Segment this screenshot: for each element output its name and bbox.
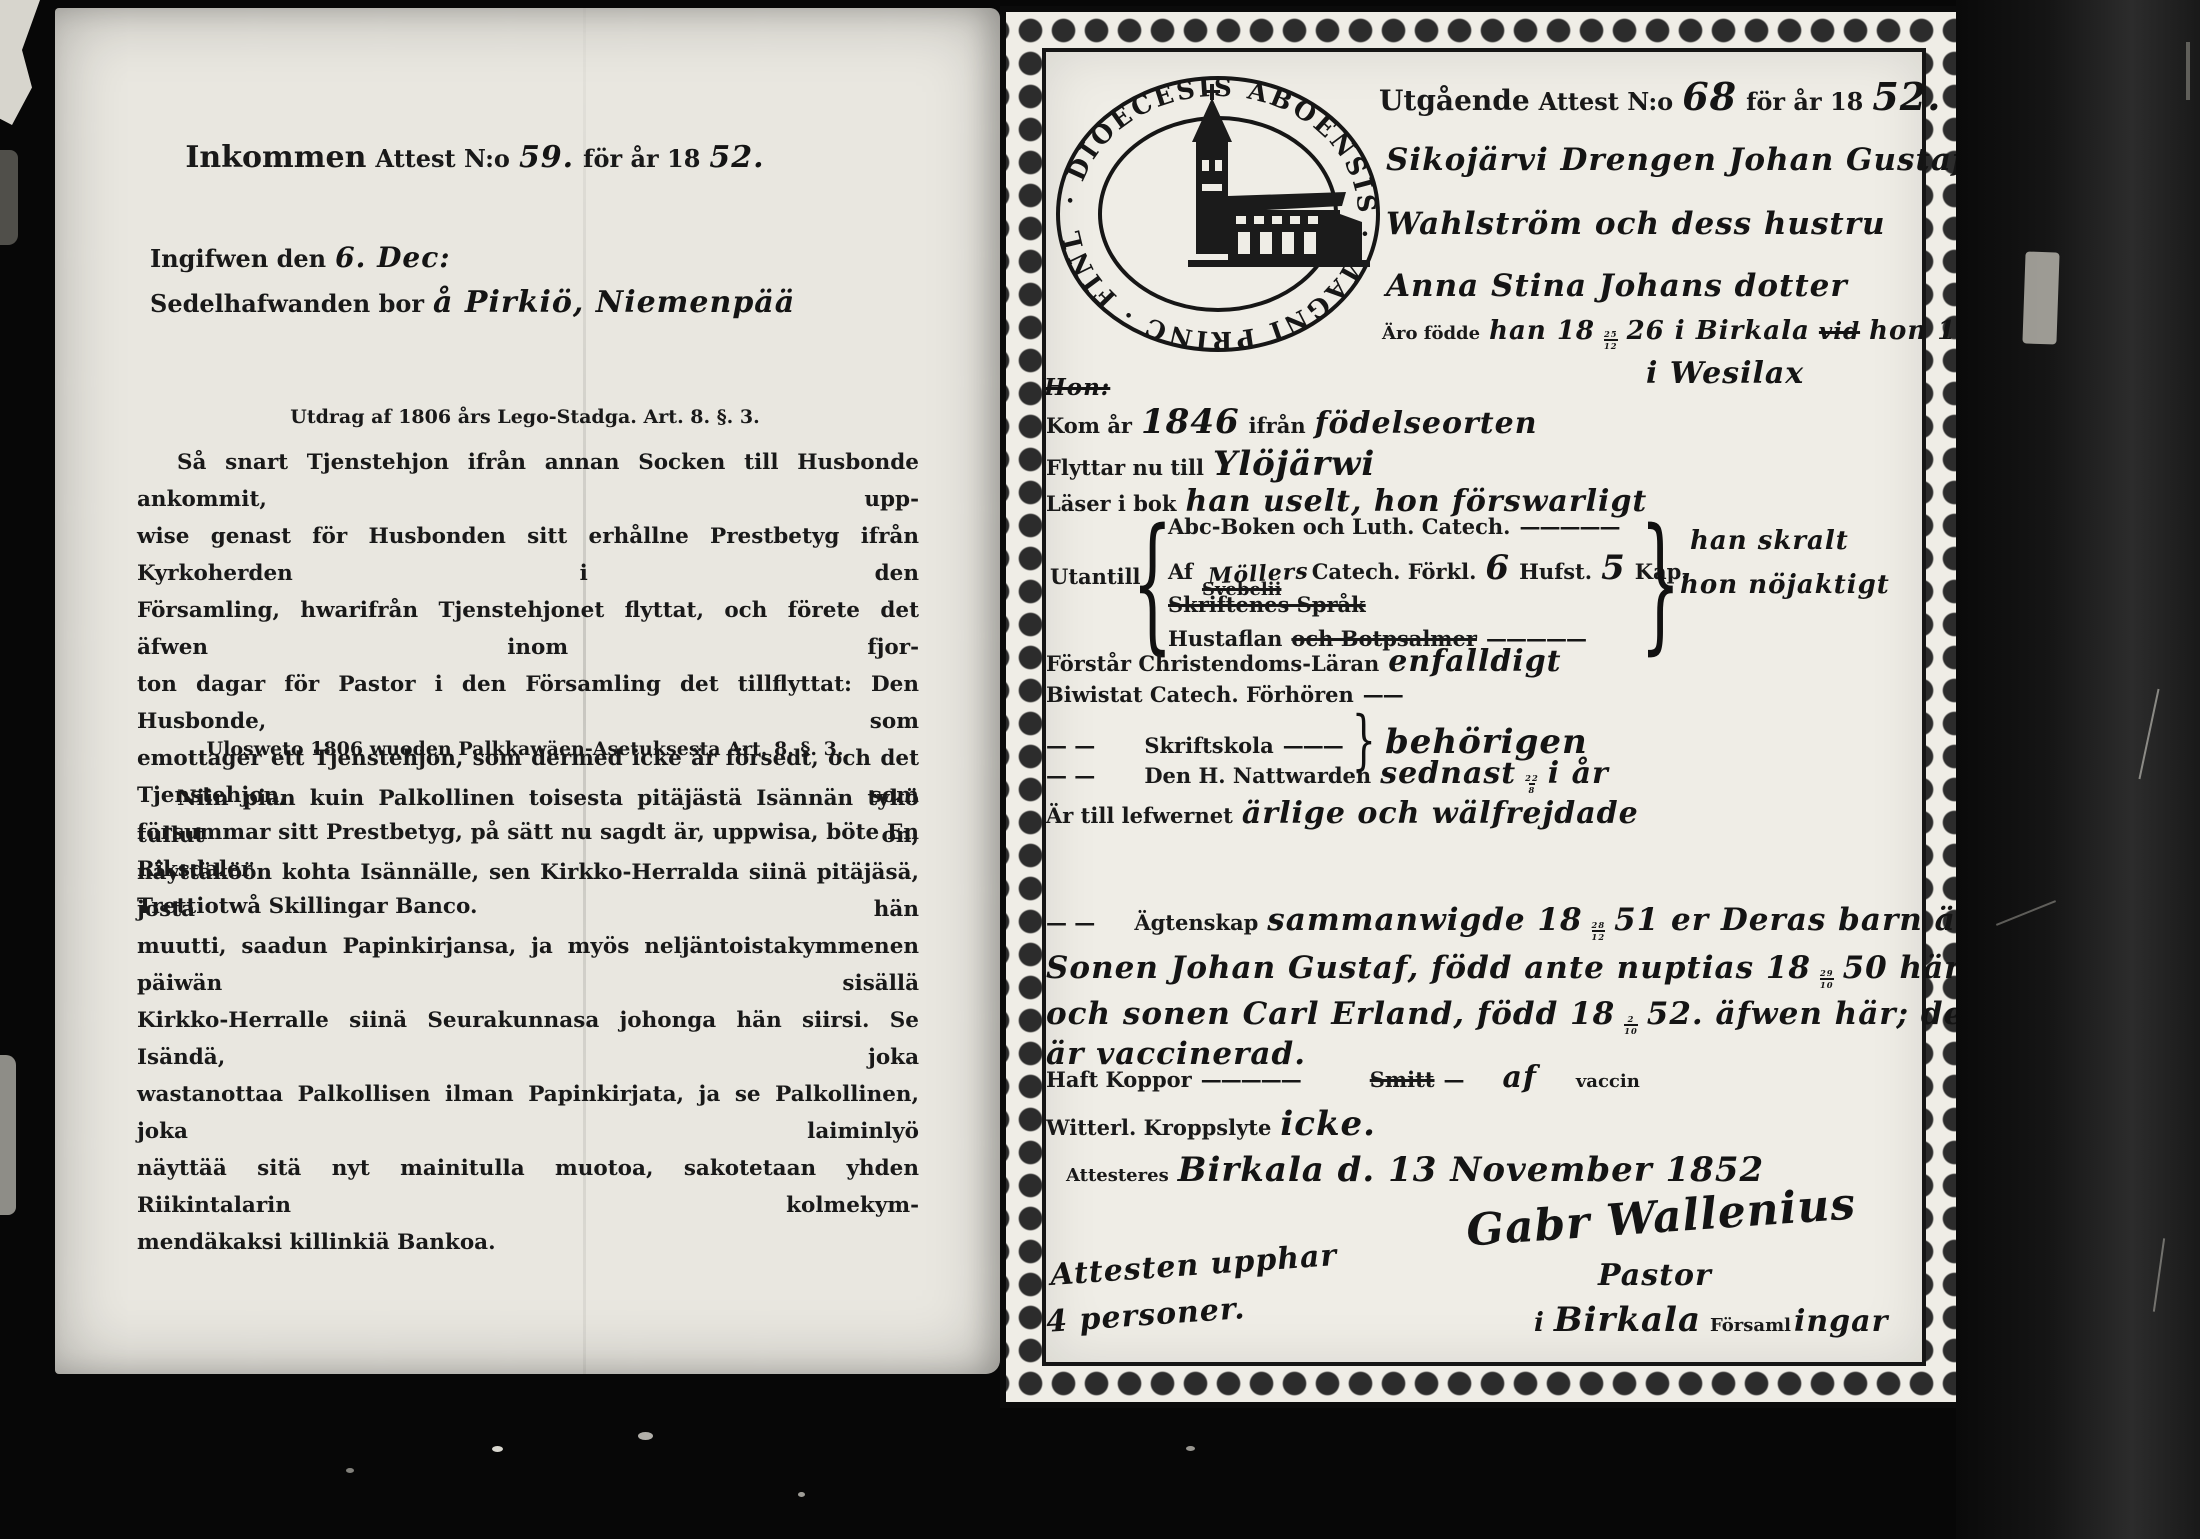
signature-parish: i Birkala Församl ingar	[1534, 1300, 1888, 1340]
left-page: Inkommen Attest N:o 59. för år 18 52. In…	[55, 8, 1000, 1374]
title-word: Attest N:o	[375, 144, 510, 173]
handwritten-number: 5	[1601, 548, 1626, 588]
incoming-attest-title: Inkommen Attest N:o 59. för år 18 52.	[185, 140, 765, 175]
seal-graphic: · DIOECESIS ABOENSIS · MAGNI PRINC · FIN…	[1046, 64, 1391, 364]
attest-year-handwritten: 52.	[709, 140, 764, 175]
field-label: Ingifwen den	[150, 244, 326, 273]
handwritten-value: ärlige och wälfrejdade	[1242, 796, 1639, 831]
field-forstar: Förstår Christendoms-Läran enfalldigt	[1046, 644, 1562, 679]
date-fraction: 2 10	[1624, 1015, 1638, 1035]
handwritten-value: 1846	[1141, 402, 1240, 442]
handwritten-note: han skralt	[1690, 526, 1849, 556]
field-label: Äro födde	[1382, 323, 1480, 344]
field-label: Den H. Nattwarden	[1144, 763, 1371, 788]
date-fraction: 25 12	[1604, 330, 1618, 350]
children-line: Sonen Johan Gustaf, född ante nuptias 18…	[1046, 950, 1971, 991]
scan-background-right	[1956, 0, 2200, 1539]
handwritten-value: sednast	[1380, 756, 1516, 791]
paragraph-line: Kirkko-Herralle siinä Seurakunnasa johon…	[137, 1002, 919, 1076]
dust-speck	[798, 1492, 805, 1497]
attest-number-handwritten: 59.	[519, 140, 574, 175]
certificate-inner: · DIOECESIS ABOENSIS · MAGNI PRINC · FIN…	[1042, 48, 1926, 1366]
field-label: vaccin	[1576, 1071, 1640, 1092]
fraction-numerator: 25	[1604, 330, 1618, 339]
fraction-denominator: 10	[1820, 978, 1834, 990]
field-label: Haft Koppor	[1046, 1067, 1192, 1092]
handwritten-value: icke.	[1280, 1104, 1376, 1144]
person-count-note: 4 personer.	[1045, 1291, 1246, 1340]
field-utantill-label: Utantill	[1050, 564, 1141, 589]
handwritten-value: i	[1534, 1308, 1545, 1338]
handwritten-value: Ylöjärwi	[1213, 444, 1375, 484]
handwritten-value: Sonen Johan Gustaf, född ante nuptias 18	[1046, 950, 1811, 986]
fill-dash: ———	[1283, 733, 1343, 758]
fill-dash: —	[1444, 1067, 1464, 1092]
brace-right: }	[1640, 500, 1681, 670]
fraction-denominator: 10	[1624, 1024, 1638, 1036]
printed-word: Församl	[1710, 1315, 1791, 1336]
scanned-document: Inkommen Attest N:o 59. för år 18 52. In…	[0, 0, 2200, 1539]
handwritten-value: 51 er Deras barn äro:	[1614, 902, 2007, 938]
field-label: Biwistat Catech. Förhören	[1046, 682, 1354, 707]
printed-struck: Skriftenes Språk	[1168, 592, 1366, 617]
field-kroppslyte: Witterl. Kroppslyte icke.	[1046, 1104, 1376, 1144]
handwritten-value: Birkala	[1554, 1300, 1701, 1340]
printed-struck: Smitt	[1370, 1067, 1435, 1092]
handwritten-value: och sonen Carl Erland, född 18	[1046, 996, 1615, 1032]
attest-year-handwritten: 52.	[1872, 74, 1941, 119]
person-name-line: Wahlström och dess hustru	[1386, 206, 1886, 242]
handwritten-struck: vid	[1819, 318, 1860, 345]
handwritten-value: sammanwigde 18	[1267, 902, 1582, 938]
person-name-line: Anna Stina Johans dotter	[1386, 268, 1848, 304]
paragraph-line: Församling, hwarifrån Tjenstehjonet flyt…	[137, 592, 919, 666]
handwritten-value: ingar	[1794, 1304, 1888, 1339]
fraction-denominator: 8	[1529, 783, 1536, 795]
date-fraction: 28 12	[1592, 921, 1606, 941]
field-label: Förstår Christendoms-Läran	[1046, 651, 1379, 676]
statute-heading-swedish: Utdrag af 1806 års Lego-Stadga. Art. 8. …	[135, 406, 915, 428]
person-count-note: Attesten upphar	[1049, 1238, 1338, 1293]
handwritten-value: i år	[1548, 756, 1609, 791]
fraction-numerator: 2	[1628, 1015, 1635, 1024]
paragraph-line: Så snart Tjenstehjon ifrån annan Socken …	[137, 444, 919, 518]
handwritten-value: 26 i Birkala	[1627, 316, 1810, 346]
field-label: Ägtenskap	[1134, 910, 1258, 935]
date-fraction: 22 8	[1525, 774, 1539, 794]
paragraph-line: Niin pian kuin Palkollinen toisesta pitä…	[137, 780, 919, 854]
field-agtenskap: — — Ägtenskap sammanwigde 18 28 12 51 er…	[1046, 902, 2007, 943]
statute-heading-finnish: Ulosweto 1806 wuoden Palkkawäen-Asetukse…	[135, 738, 915, 760]
title-word: för år 18	[1746, 87, 1863, 116]
field-koppor: Haft Koppor ————— Smitt — af vaccin	[1046, 1060, 1640, 1095]
handwritten-value: 6. Dec:	[335, 241, 450, 274]
title-word: Attest N:o	[1539, 87, 1674, 116]
scratch-mark	[2186, 42, 2190, 100]
field-label: Abc-Boken och Luth. Catech.	[1168, 514, 1510, 539]
ditto-dashes: — —	[1046, 733, 1095, 758]
title-word: för år 18	[583, 144, 700, 173]
paragraph-line: muutti, saadun Papinkirjansa, ja myös ne…	[137, 928, 919, 1002]
field-lefwernet: Är till lefwernet ärlige och wälfrejdade	[1046, 796, 1639, 831]
handwritten-value: födelseorten	[1315, 406, 1538, 441]
outgoing-attest-certificate: · DIOECESIS ABOENSIS · MAGNI PRINC · FIN…	[1000, 6, 1968, 1408]
field-label: ifrån	[1249, 413, 1306, 438]
fraction-numerator: 22	[1525, 774, 1539, 783]
title-word: Utgående	[1379, 84, 1530, 117]
fraction-numerator: 29	[1820, 969, 1834, 978]
field-label: Catech. Förkl.	[1312, 559, 1477, 584]
field-nattwarden: — — Den H. Nattwarden sednast 22 8 i år	[1046, 756, 1609, 796]
field-label: Af	[1168, 559, 1193, 584]
torn-paper-edge	[0, 0, 40, 125]
paragraph-line: näyttää sitä nyt mainitulla muotoa, sako…	[137, 1150, 919, 1224]
paragraph-line: wastanottaa Palkollisen ilman Papinkirja…	[137, 1076, 919, 1150]
attest-number-handwritten: 68	[1682, 74, 1737, 119]
handwritten-number: 6	[1485, 548, 1510, 588]
paragraph-line: ton dagar för Pastor i den Församling de…	[137, 666, 919, 740]
paragraph-line: wise genast för Husbonden sitt erhållne …	[137, 518, 919, 592]
signature-title: Pastor	[1598, 1258, 1712, 1293]
person-name-line: Sikojärvi Drengen Johan Gustaf	[1386, 142, 1966, 178]
paragraph-line: mendäkaksi killinkiä Bankoa.	[137, 1224, 919, 1261]
diocese-seal: · DIOECESIS ABOENSIS · MAGNI PRINC · FIN…	[1046, 64, 1391, 364]
fraction-numerator: 28	[1592, 921, 1606, 930]
ditto-dashes: — —	[1046, 763, 1095, 788]
paragraph-line: näyttäköön kohta Isännälle, sen Kirkko-H…	[137, 854, 919, 928]
handwritten-value: enfalldigt	[1388, 644, 1561, 679]
title-word: Inkommen	[185, 140, 366, 175]
handwritten-value: 50 här,	[1843, 950, 1971, 986]
field-aro-fodde: Äro födde han 18 25 12 26 i Birkala vid …	[1382, 316, 2045, 352]
outgoing-attest-header: Utgående Attest N:o 68 för år 18 52.	[1379, 74, 1941, 119]
dust-speck	[346, 1468, 354, 1473]
fill-dash: —————	[1201, 1067, 1301, 1092]
fill-dash: —————	[1519, 514, 1619, 539]
handwritten-value: han 18	[1489, 316, 1595, 346]
pastor-signature: Gabr Wallenius	[1465, 1178, 1858, 1256]
paper-tab-artifact	[2022, 251, 2059, 344]
date-fraction: 29 10	[1820, 969, 1834, 989]
field-label: Flyttar nu till	[1046, 455, 1204, 480]
dust-speck	[1186, 1446, 1195, 1451]
torn-paper-edge	[0, 1055, 16, 1215]
fraction-denominator: 12	[1604, 339, 1618, 351]
field-kom-ar: Kom år 1846 ifrån födelseorten	[1046, 402, 1538, 442]
field-biwistat: Biwistat Catech. Förhören ——	[1046, 682, 1403, 707]
dust-speck	[638, 1432, 653, 1440]
field-flyttar: Flyttar nu till Ylöjärwi	[1046, 444, 1375, 484]
birthplace-handwritten: i Wesilax	[1646, 356, 1804, 391]
field-sedelhafwanden: Sedelhafwanden bor å Pirkiö, Niemenpää	[150, 285, 795, 320]
field-attesteres: Attesteres Birkala d. 13 November 1852	[1066, 1150, 1764, 1190]
utantill-row-abc: Abc-Boken och Luth. Catech. —————	[1168, 514, 1619, 539]
field-label: Skriftskola	[1144, 733, 1273, 758]
handwritten-value: Birkala d. 13 November 1852	[1178, 1150, 1764, 1190]
children-line: och sonen Carl Erland, född 18 2 10 52. …	[1046, 996, 2091, 1037]
field-label: Attesteres	[1066, 1165, 1169, 1186]
field-label: Sedelhafwanden bor	[150, 289, 424, 318]
handwritten-correction: Möllers	[1208, 562, 1310, 586]
statute-paragraph-finnish: Niin pian kuin Palkollinen toisesta pitä…	[137, 780, 919, 1261]
field-label: Är till lefwernet	[1046, 803, 1233, 828]
fraction-denominator: 12	[1592, 930, 1606, 942]
ditto-dashes: — —	[1046, 910, 1095, 935]
handwritten-value: af	[1503, 1060, 1537, 1095]
utantill-row-catech: Af Möllers Svebelii Catech. Förkl. 6 Huf…	[1168, 548, 1689, 597]
torn-paper-edge	[0, 150, 18, 245]
field-label: Witterl. Kroppslyte	[1046, 1115, 1271, 1140]
handwritten-struck: Hon:	[1044, 374, 1110, 401]
field-label: Hufst.	[1519, 559, 1592, 584]
field-label: Kom år	[1046, 413, 1132, 438]
handwritten-note: hon nöjaktigt	[1680, 570, 1890, 600]
field-ingifwen: Ingifwen den 6. Dec:	[150, 241, 451, 274]
dust-speck	[492, 1446, 503, 1452]
handwritten-value: å Pirkiö, Niemenpää	[433, 285, 795, 320]
